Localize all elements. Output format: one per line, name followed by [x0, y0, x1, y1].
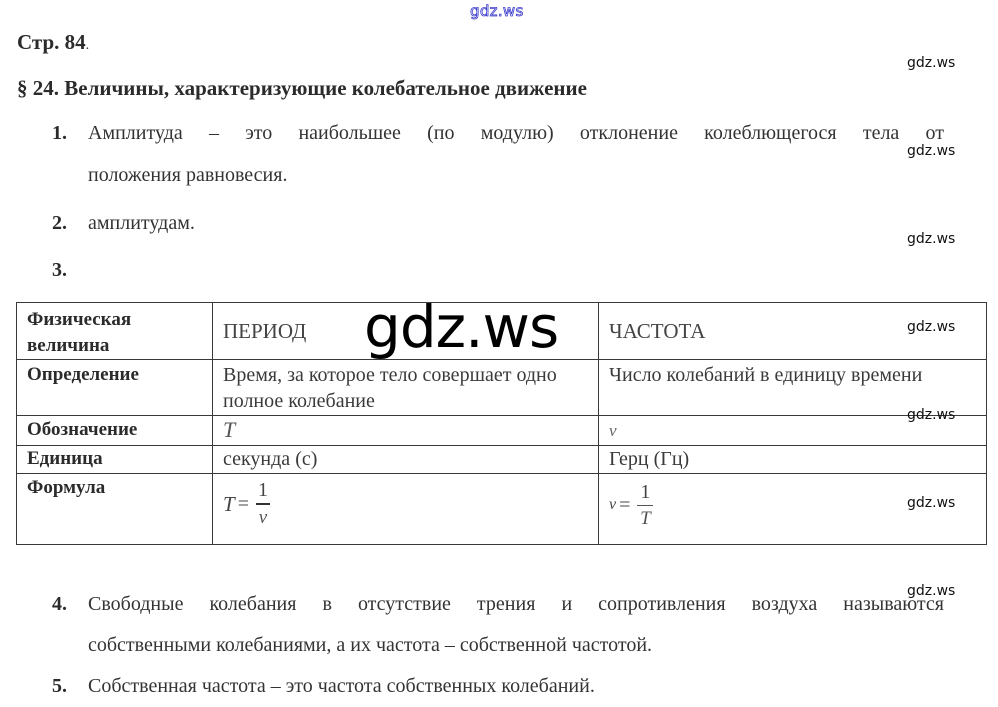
table-row: Определение Время, за которое тело совер… — [17, 360, 987, 416]
frequency-symbol: ν — [609, 421, 617, 440]
fraction-denominator: T — [640, 509, 651, 528]
period-definition-cell: Время, за которое тело совершает одно по… — [213, 360, 599, 416]
formula-lhs: ν — [609, 492, 616, 518]
fraction-bar — [637, 505, 653, 506]
table-row: Обозначение T ν — [17, 416, 987, 446]
frequency-unit-cell: Герц (Гц) — [599, 446, 987, 474]
item-4-line-1: Свободные колебания в отсутствие трения … — [88, 593, 944, 616]
page-reference: Стр. 84. — [17, 30, 89, 55]
period-unit-cell: секунда (с) — [213, 446, 599, 474]
item-1-line-1: Амплитуда – это наибольшее (по модулю) о… — [88, 122, 944, 145]
fraction-numerator: 1 — [638, 482, 652, 502]
item-4-line-2: собственными колебаниями, а их частота –… — [88, 634, 652, 657]
watermark-top: gdz.ws — [470, 2, 524, 20]
period-formula-cell: T = 1 ν — [213, 474, 599, 545]
item-number-4: 4. — [52, 593, 67, 616]
item-5-text: Собственная частота – это частота собств… — [88, 675, 595, 698]
section-title: § 24. Величины, характеризующие колебате… — [17, 76, 587, 101]
watermark-small: gdz.ws — [907, 143, 955, 159]
table-row: Единица секунда (с) Герц (Гц) — [17, 446, 987, 474]
item-number-2: 2. — [52, 212, 67, 235]
page-ref-text: Стр. 84 — [17, 30, 86, 54]
row-header-formula: Формула — [17, 474, 213, 545]
watermark-small: gdz.ws — [907, 55, 955, 71]
watermark-small: gdz.ws — [907, 407, 955, 423]
row-header-definition: Определение — [17, 360, 213, 416]
row-header-notation: Обозначение — [17, 416, 213, 446]
fraction-numerator: 1 — [256, 480, 270, 500]
row-header-unit: Единица — [17, 446, 213, 474]
item-number-3: 3. — [52, 259, 67, 282]
row-header-quantity: Физическая величина — [17, 303, 213, 360]
table-row: Формула T = 1 ν ν = 1 T — [17, 474, 987, 545]
watermark-big: gdz.ws — [364, 298, 558, 356]
watermark-small: gdz.ws — [907, 495, 955, 511]
period-formula: T = 1 ν — [223, 480, 588, 527]
watermark-small: gdz.ws — [907, 231, 955, 247]
item-number-5: 5. — [52, 675, 67, 698]
period-symbol: T — [223, 417, 235, 442]
fraction: 1 ν — [256, 480, 270, 527]
item-1-line-2: положения равновесия. — [88, 164, 287, 187]
fraction-bar — [256, 503, 270, 505]
fraction: 1 T — [637, 482, 653, 528]
formula-lhs: T — [223, 491, 235, 517]
formula-equals: = — [238, 491, 249, 517]
page-ref-dot: . — [86, 38, 90, 53]
watermark-small: gdz.ws — [907, 319, 955, 335]
item-2-text: амплитудам. — [88, 212, 195, 235]
fraction-denominator: ν — [259, 508, 267, 527]
period-notation-cell: T — [213, 416, 599, 446]
item-number-1: 1. — [52, 122, 67, 145]
formula-equals: = — [619, 492, 630, 518]
